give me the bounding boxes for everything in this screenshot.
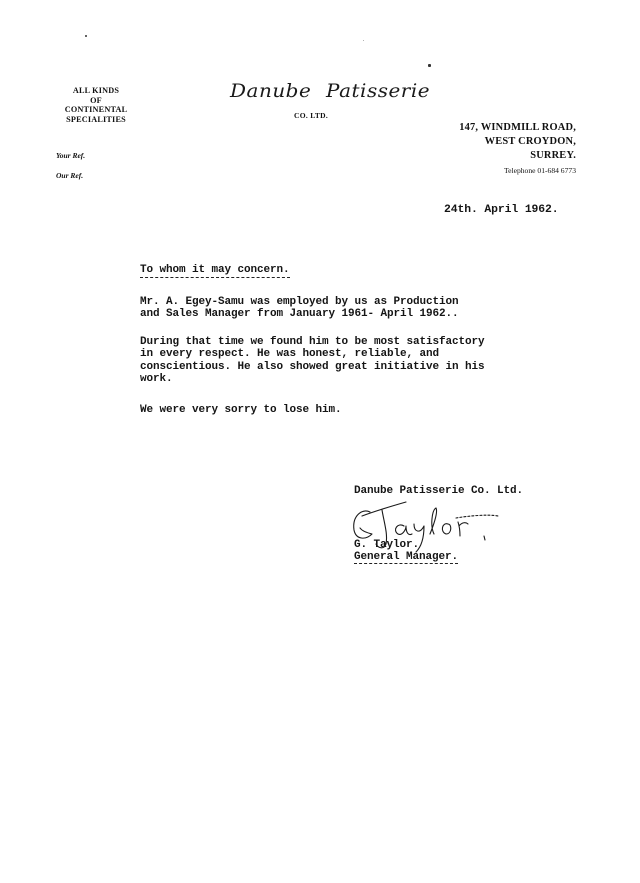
address-line: WEST CROYDON, <box>459 135 576 149</box>
company-suffix: CO. LTD. <box>294 111 328 120</box>
company-name-word: Danube <box>230 80 311 102</box>
tagline-line: OF <box>46 96 146 106</box>
signatory-name: G. Taylor. <box>354 539 419 551</box>
tagline-line: ALL KINDS <box>46 86 146 96</box>
letter-paragraph: During that time we found him to be most… <box>140 336 485 386</box>
tagline-line: CONTINENTAL <box>46 105 146 115</box>
company-name-word: Patisserie <box>326 80 430 102</box>
address-line: 147, WINDMILL ROAD, <box>459 121 576 135</box>
company-name-script: DanubePatisserie <box>230 80 445 102</box>
our-ref-label: Our Ref. <box>56 171 83 180</box>
tagline-line: SPECIALITIES <box>46 115 146 125</box>
letter-salutation: To whom it may concern. <box>140 264 290 278</box>
scan-speck <box>428 64 431 67</box>
scan-speck <box>85 35 87 37</box>
signatory-title: General Manager. <box>354 551 458 564</box>
letter-paragraph: Mr. A. Egey-Samu was employed by us as P… <box>140 296 459 321</box>
address-line: SURREY. <box>459 149 576 163</box>
company-telephone: Telephone 01-684 6773 <box>504 166 576 175</box>
letter-paragraph: We were very sorry to lose him. <box>140 404 342 416</box>
company-address: 147, WINDMILL ROAD, WEST CROYDON, SURREY… <box>459 121 576 163</box>
scan-speck <box>363 40 364 41</box>
letter-date: 24th. April 1962. <box>444 204 559 216</box>
letter-page: ALL KINDS OF CONTINENTAL SPECIALITIES Yo… <box>0 0 640 883</box>
your-ref-label: Your Ref. <box>56 151 85 160</box>
letterhead-tagline: ALL KINDS OF CONTINENTAL SPECIALITIES <box>46 86 146 124</box>
signoff-company: Danube Patisserie Co. Ltd. <box>354 485 523 497</box>
